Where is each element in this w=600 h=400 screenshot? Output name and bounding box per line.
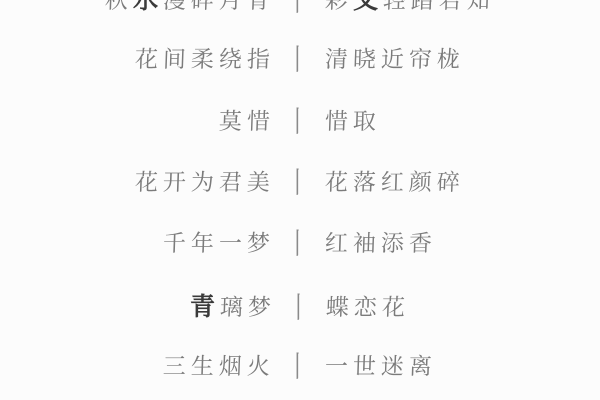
separator-bar: 丨: [286, 160, 314, 201]
separator-bar: 丨: [286, 221, 314, 262]
character: 指: [246, 41, 275, 74]
character: 红: [324, 225, 353, 258]
character: 绕: [218, 41, 247, 74]
character: 碎: [190, 0, 219, 15]
character: 离: [408, 348, 437, 381]
character: 清: [324, 41, 353, 74]
character: 为: [190, 164, 219, 197]
character: 若: [438, 0, 467, 15]
couple-name-line: 秋水漫碎月青丨彩文轻踏若知: [0, 0, 600, 16]
separator-bar: 丨: [286, 98, 314, 139]
character: 知: [466, 0, 495, 15]
character: 梦: [246, 225, 275, 258]
couple-name-line: 千年一梦丨红袖添香: [0, 225, 600, 258]
character: 世: [352, 348, 381, 381]
separator-bar: 丨: [286, 37, 314, 78]
character: 彩: [324, 0, 353, 15]
character: 花: [324, 164, 353, 197]
couple-name-line: 三生烟火丨一世迷离: [0, 348, 600, 381]
separator-bar: 丨: [286, 344, 314, 385]
character: 花: [134, 164, 163, 197]
character: 月: [218, 0, 247, 15]
character: 袖: [352, 225, 381, 258]
character: 花: [134, 41, 163, 74]
character: 火: [246, 348, 275, 381]
character: 开: [162, 164, 191, 197]
character: 年: [190, 225, 219, 258]
character: 美: [246, 164, 275, 197]
character: 君: [218, 164, 247, 197]
character: 近: [380, 41, 409, 74]
character: 间: [162, 41, 191, 74]
character: 璃: [219, 289, 248, 322]
character: 添: [380, 225, 409, 258]
highlighted-character: 文: [353, 0, 383, 16]
character: 踏: [410, 0, 439, 15]
character: 帘: [408, 41, 437, 74]
character: 颜: [408, 164, 437, 197]
character: 烟: [218, 348, 247, 381]
character: 轻: [382, 0, 411, 15]
character: 青: [246, 0, 275, 15]
character: 晓: [352, 41, 381, 74]
character: 惜: [324, 103, 353, 136]
character: 梦: [247, 289, 276, 322]
character: 花: [381, 289, 410, 322]
character: 漫: [162, 0, 191, 15]
separator-bar: 丨: [286, 0, 314, 19]
separator-bar: 丨: [287, 284, 315, 325]
character: 一: [324, 348, 353, 381]
character: 迷: [380, 348, 409, 381]
character: 秋: [104, 0, 133, 15]
character: 惜: [246, 103, 275, 136]
character: 莫: [218, 103, 247, 136]
character: 千: [162, 225, 191, 258]
couple-name-line: 青璃梦丨蝶恋花: [0, 287, 600, 323]
character: 香: [408, 225, 437, 258]
character: 柔: [190, 41, 219, 74]
character: 栊: [436, 41, 465, 74]
couple-name-line: 花间柔绕指丨清晓近帘栊: [0, 41, 600, 74]
highlighted-character: 水: [133, 0, 163, 16]
character: 三: [162, 348, 191, 381]
character: 一: [218, 225, 247, 258]
character: 生: [190, 348, 219, 381]
character: 恋: [353, 289, 382, 322]
character: 蝶: [325, 289, 354, 322]
character: 取: [352, 103, 381, 136]
couple-name-line: 莫惜丨惜取: [0, 103, 600, 136]
couple-names-page: 秋水漫碎月青丨彩文轻踏若知花间柔绕指丨清晓近帘栊莫惜丨惜取花开为君美丨花落红颜碎…: [0, 0, 600, 400]
character: 碎: [436, 164, 465, 197]
character: 红: [380, 164, 409, 197]
couple-name-line: 花开为君美丨花落红颜碎: [0, 164, 600, 197]
character: 落: [352, 164, 381, 197]
highlighted-character: 青: [190, 287, 220, 323]
